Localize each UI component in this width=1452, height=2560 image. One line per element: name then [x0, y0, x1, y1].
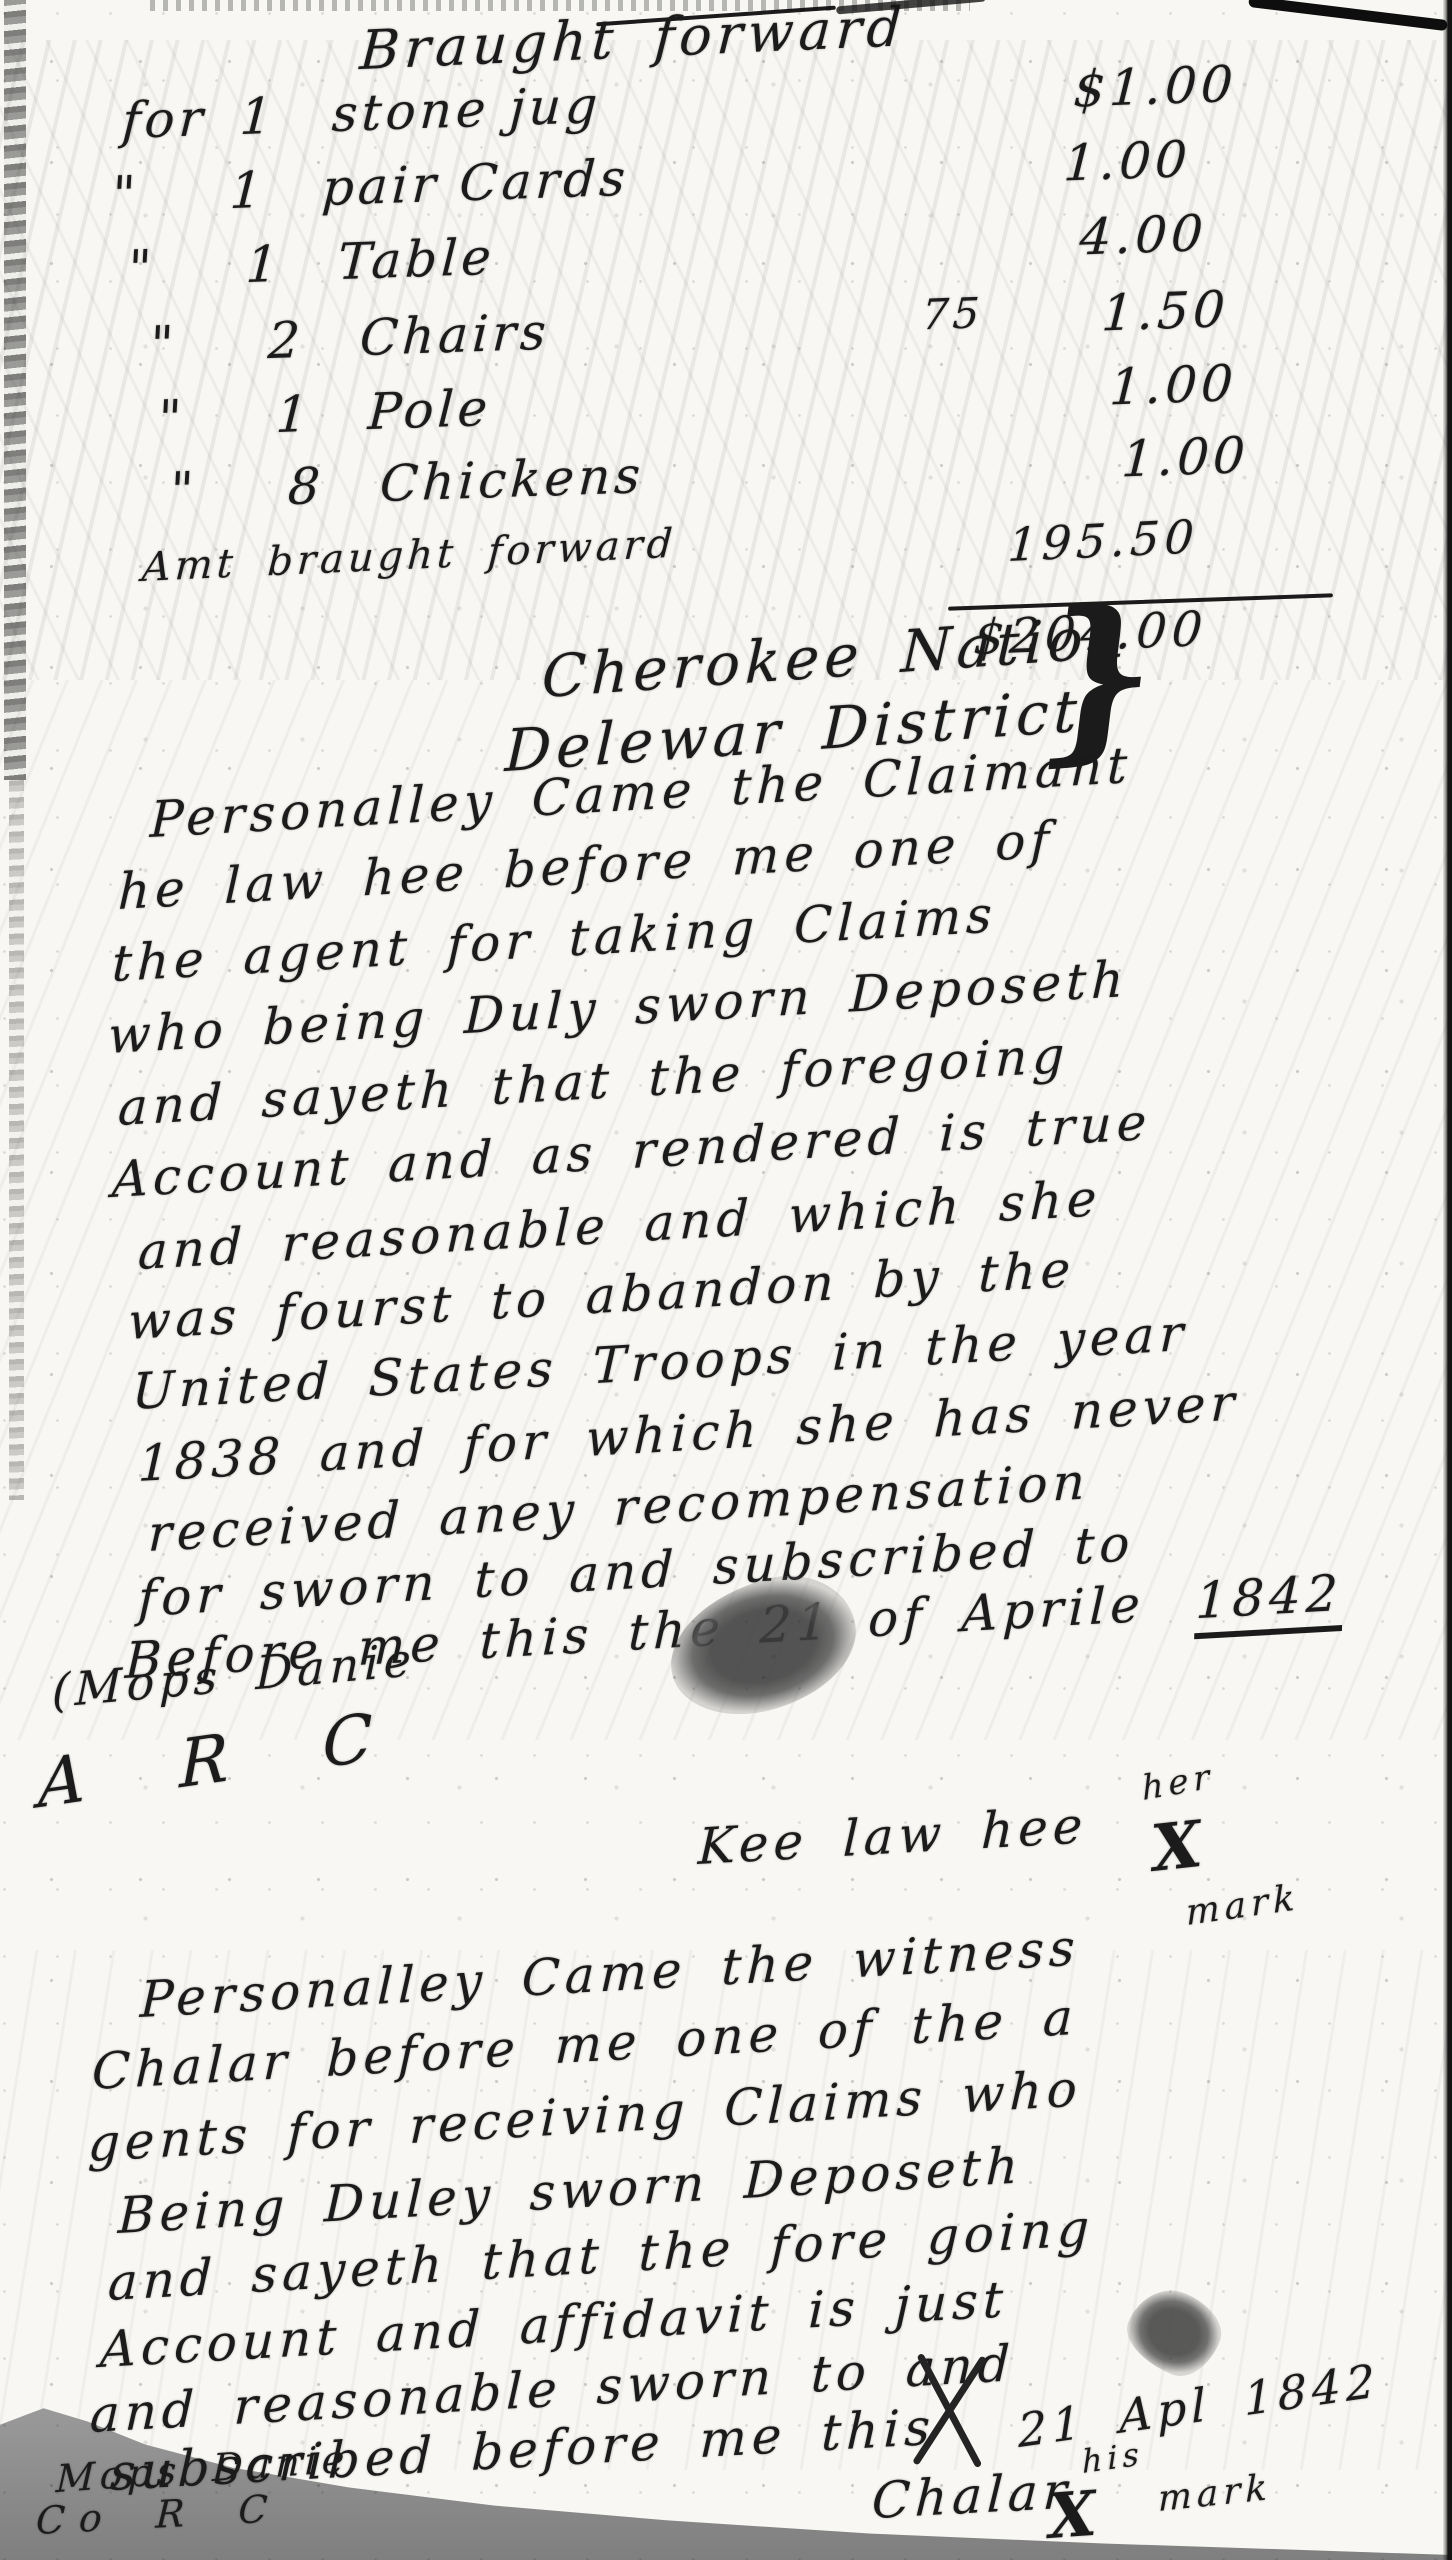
page-right-edge [1443, 0, 1452, 2560]
ledger-row-item: pair Cards [320, 149, 630, 217]
scanned-document-page: Braught forward for 1 stone jug $1.00 " … [0, 0, 1452, 2560]
heading-brace: } [1037, 594, 1160, 759]
ledger-row-qty: 1 [275, 385, 314, 444]
witness-mark-name: Chalar [871, 2465, 1073, 2526]
stray-x-mark [898, 2352, 998, 2470]
ledger-row-prefix: " [111, 165, 141, 224]
page-left-edge [4, 0, 26, 780]
mark-his-label: his [1081, 2437, 1144, 2478]
ledger-row-amount: 1.00 [1108, 354, 1238, 416]
ledger-row-prefix: for [121, 89, 209, 150]
ledger-row-amount: 1.00 [1062, 130, 1192, 192]
ledger-row-prefix: " [149, 315, 179, 374]
affidavit1-year-underlined: 1842 [1194, 1564, 1343, 1639]
ledger-row-prefix: " [169, 461, 199, 520]
ledger-row-qty: 1 [245, 235, 284, 294]
claimant-mark-name: Kee law hee [697, 1800, 1088, 1872]
ledger-row-qty: 8 [287, 457, 326, 516]
ledger-row-item: Chickens [378, 446, 645, 513]
witness-mark-x: X [1046, 2482, 1103, 2548]
ledger-row-amount: 1.50 [1100, 280, 1230, 342]
ledger-row-qty: 1 [239, 87, 278, 146]
ledger-row-qty: 2 [267, 311, 306, 370]
top-right-ink-dash [1248, 0, 1448, 31]
ledger-row-item: Table [336, 228, 496, 291]
mark-word-label-2: mark [1158, 2470, 1272, 2518]
ledger-row-item: stone jug [330, 76, 602, 143]
mark-word-label: mark [1185, 1880, 1300, 1932]
ledger-row-amount: 1.00 [1120, 426, 1250, 488]
page-left-edge-lower [9, 780, 24, 1500]
ledger-row-item: Pole [366, 379, 492, 441]
subtotal-amount: 195.50 [1007, 513, 1201, 568]
ledger-row-unit: 75 [921, 288, 985, 339]
ledger-row-prefix: " [157, 389, 187, 448]
ledger-row-amount: $1.00 [1072, 55, 1238, 119]
ledger-row-item: Chairs [358, 303, 551, 367]
claimant-mark-x: X [1149, 1812, 1210, 1881]
ledger-row-amount: 4.00 [1078, 204, 1208, 266]
ledger-row-qty: 1 [229, 161, 268, 220]
mark-her-label: her [1141, 1759, 1216, 1806]
ledger-row-prefix: " [127, 239, 157, 298]
